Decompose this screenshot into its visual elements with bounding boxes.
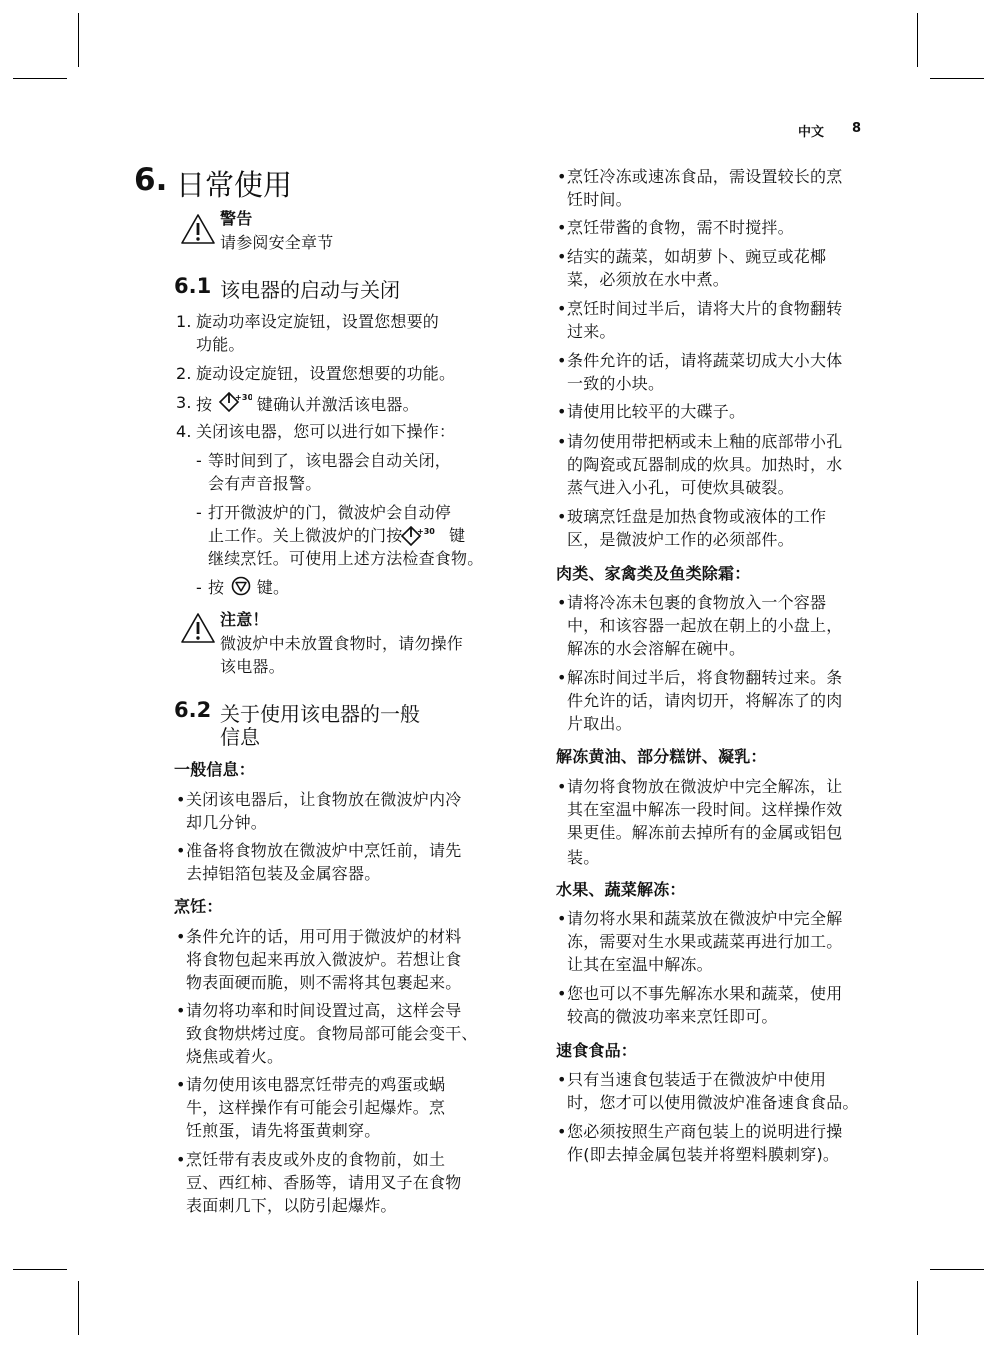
sub-step-text: 止工作。关上微波炉的门按 bbox=[208, 524, 402, 547]
list-item: 烧焦或着火。 bbox=[186, 1045, 283, 1068]
list-item: 时，您才可以使用微波炉准备速食食品。 bbox=[567, 1091, 859, 1114]
list-item: 菜，必须放在水中煮。 bbox=[567, 268, 729, 291]
start-plus30-icon: +30 bbox=[400, 525, 440, 547]
list-item: 请勿将水果和蔬菜放在微波炉中完全解 bbox=[567, 907, 842, 930]
bullet-marker: • bbox=[557, 245, 566, 268]
list-item: 您也可以不事先解冻水果和蔬菜，使用 bbox=[567, 982, 842, 1005]
bullet-marker: • bbox=[557, 907, 566, 930]
step-number: 4. bbox=[176, 420, 192, 443]
list-item: 让其在室温中解冻。 bbox=[567, 953, 713, 976]
list-item: 烹饪时间过半后，请将大片的食物翻转 bbox=[567, 297, 842, 320]
dash-marker: - bbox=[196, 449, 202, 472]
list-item: 准备将食物放在微波炉中烹饪前，请先 bbox=[186, 839, 461, 862]
list-item: 饪时间。 bbox=[567, 188, 632, 211]
list-item: 豆、西红柿、香肠等，请用叉子在食物 bbox=[186, 1171, 461, 1194]
step-text: 旋动功率设定旋钮，设置您想要的 bbox=[196, 310, 439, 333]
bullet-marker: • bbox=[557, 982, 566, 1005]
dash-marker: - bbox=[196, 501, 202, 524]
list-item: 玻璃烹饪盘是加热食物或液体的工作 bbox=[567, 505, 826, 528]
subheading-cooking: 烹饪： bbox=[174, 895, 223, 918]
list-item: 致食物烘烤过度。食物局部可能会变干、 bbox=[186, 1022, 478, 1045]
sub-step-text: 继续烹饪。可使用上述方法检查食物。 bbox=[208, 547, 483, 570]
warning-icon bbox=[180, 213, 216, 245]
list-item: 条件允许的话，用可用于微波炉的材料 bbox=[186, 925, 461, 948]
caution-icon bbox=[180, 612, 216, 644]
stop-icon bbox=[230, 576, 252, 596]
bullet-marker: • bbox=[557, 666, 566, 689]
list-item: 物表面硬而脆，则不需将其包裹起来。 bbox=[186, 971, 461, 994]
list-item: 只有当速食包装适于在微波炉中使用 bbox=[567, 1068, 826, 1091]
list-item: 您必须按照生产商包装上的说明进行操 bbox=[567, 1120, 842, 1143]
dash-marker: - bbox=[196, 576, 202, 599]
list-item: 烹饪带有表皮或外皮的食物前，如土 bbox=[186, 1148, 445, 1171]
bullet-marker: • bbox=[176, 1073, 185, 1096]
subheading-butter-defrost: 解冻黄油、部分糕饼、凝乳： bbox=[556, 745, 767, 768]
caution-text: 该电器。 bbox=[220, 655, 285, 678]
list-item: 件允许的话，请肉切开，将解冻了的肉 bbox=[567, 689, 842, 712]
sub-step-text: 等时间到了，该电器会自动关闭， bbox=[208, 449, 451, 472]
chapter-number: 6. bbox=[134, 162, 167, 198]
chapter-title: 日常使用 bbox=[176, 163, 292, 204]
sub-step-text: 打开微波炉的门，微波炉会自动停 bbox=[208, 501, 451, 524]
list-item: 作(即去掉金属包装并将塑料膜刺穿)。 bbox=[567, 1143, 839, 1166]
section-6-2-title: 信息 bbox=[220, 721, 260, 750]
list-item: 中，和该容器一起放在朝上的小盘上， bbox=[567, 614, 842, 637]
bullet-marker: • bbox=[557, 400, 566, 423]
crop-mark bbox=[930, 1269, 984, 1270]
list-item: 冻，需要对生水果或蔬菜再进行加工。 bbox=[567, 930, 842, 953]
list-item: 结实的蔬菜，如胡萝卜、豌豆或花椰 bbox=[567, 245, 826, 268]
list-item: 请勿将食物放在微波炉中完全解冻，让 bbox=[567, 775, 842, 798]
list-item: 解冻时间过半后，将食物翻转过来。条 bbox=[567, 666, 842, 689]
list-item: 表面刺几下，以防引起爆炸。 bbox=[186, 1194, 397, 1217]
list-item: 一致的小块。 bbox=[567, 372, 664, 395]
list-item: 解冻的水会溶解在碗中。 bbox=[567, 637, 745, 660]
warning-text: 请参阅安全章节 bbox=[220, 231, 333, 254]
crop-mark bbox=[917, 13, 918, 67]
list-item: 烹饪带酱的食物，需不时搅拌。 bbox=[567, 216, 794, 239]
list-item: 烹饪冷冻或速冻食品，需设置较长的烹 bbox=[567, 165, 842, 188]
bullet-marker: • bbox=[176, 925, 185, 948]
step-number: 2. bbox=[176, 362, 192, 385]
list-item: 关闭该电器后，让食物放在微波炉内冷 bbox=[186, 788, 461, 811]
step-text: 功能。 bbox=[196, 333, 245, 356]
list-item: 片取出。 bbox=[567, 712, 632, 735]
bullet-marker: • bbox=[557, 591, 566, 614]
section-6-1-title: 该电器的启动与关闭 bbox=[220, 274, 400, 303]
crop-mark bbox=[78, 13, 79, 67]
header-language: 中文 bbox=[798, 121, 824, 140]
subheading-general-info: 一般信息： bbox=[174, 758, 255, 781]
sub-step-text: 按 键。 bbox=[208, 576, 289, 599]
bullet-marker: • bbox=[557, 505, 566, 528]
page-number: 8 bbox=[852, 121, 861, 136]
list-item: 条件允许的话，请将蔬菜切成大小大体 bbox=[567, 349, 842, 372]
bullet-marker: • bbox=[176, 999, 185, 1022]
crop-mark bbox=[917, 1281, 918, 1335]
svg-text:+30: +30 bbox=[235, 393, 252, 402]
start-plus30-icon: +30 bbox=[218, 391, 252, 413]
list-item: 请使用比较平的大碟子。 bbox=[567, 400, 745, 423]
list-item: 果更佳。解冻前去掉所有的金属或铝包 bbox=[567, 821, 842, 844]
crop-mark bbox=[13, 78, 67, 79]
step-number: 3. bbox=[176, 391, 192, 414]
step-number: 1. bbox=[176, 310, 192, 333]
step-text: 按 +30 键确认并激活该电器。 bbox=[196, 391, 419, 416]
sub-step-text: 键 bbox=[449, 524, 465, 547]
list-item: 饪煎蛋，请先将蛋黄刺穿。 bbox=[186, 1119, 380, 1142]
list-item: 请勿使用带把柄或未上釉的底部带小孔 bbox=[567, 430, 842, 453]
svg-text:+30: +30 bbox=[417, 527, 435, 536]
step-text-pre: 按 bbox=[196, 395, 212, 414]
caution-title: 注意！ bbox=[220, 608, 269, 631]
bullet-marker: • bbox=[557, 297, 566, 320]
list-item: 请勿使用该电器烹饪带壳的鸡蛋或蜗 bbox=[186, 1073, 445, 1096]
step-text: 关闭该电器，您可以进行如下操作： bbox=[196, 420, 455, 443]
bullet-marker: • bbox=[557, 775, 566, 798]
subheading-meat-defrost: 肉类、家禽类及鱼类除霜： bbox=[556, 562, 750, 585]
crop-mark bbox=[78, 1281, 79, 1335]
list-item: 却几分钟。 bbox=[186, 811, 267, 834]
bullet-marker: • bbox=[557, 430, 566, 453]
crop-mark bbox=[13, 1269, 67, 1270]
list-item: 较高的微波功率来烹饪即可。 bbox=[567, 1005, 778, 1028]
bullet-marker: • bbox=[176, 788, 185, 811]
caution-text: 微波炉中未放置食物时，请勿操作 bbox=[220, 632, 463, 655]
bullet-marker: • bbox=[176, 839, 185, 862]
bullet-marker: • bbox=[557, 216, 566, 239]
section-6-1-number: 6.1 bbox=[174, 274, 211, 298]
list-item: 将食物包起来再放入微波炉。若想让食 bbox=[186, 948, 461, 971]
subheading-fruit-veg-defrost: 水果、蔬菜解冻： bbox=[556, 878, 686, 901]
list-item: 请勿将功率和时间设置过高，这样会导 bbox=[186, 999, 461, 1022]
list-item: 区，是微波炉工作的必须部件。 bbox=[567, 528, 794, 551]
list-item: 其在室温中解冻一段时间。这样操作效 bbox=[567, 798, 842, 821]
list-item: 的陶瓷或瓦器制成的炊具。加热时，水 bbox=[567, 453, 842, 476]
bullet-marker: • bbox=[557, 1068, 566, 1091]
bullet-marker: • bbox=[557, 349, 566, 372]
list-item: 去掉铝箔包装及金属容器。 bbox=[186, 862, 380, 885]
bullet-marker: • bbox=[176, 1148, 185, 1171]
warning-title: 警告 bbox=[220, 207, 252, 230]
bullet-marker: • bbox=[557, 165, 566, 188]
crop-mark bbox=[930, 78, 984, 79]
list-item: 请将冷冻未包裹的食物放入一个容器 bbox=[567, 591, 826, 614]
list-item: 装。 bbox=[567, 846, 599, 869]
bullet-marker: • bbox=[557, 1120, 566, 1143]
list-item: 过来。 bbox=[567, 320, 616, 343]
subheading-convenience-food: 速食食品： bbox=[556, 1039, 637, 1062]
section-6-2-number: 6.2 bbox=[174, 698, 211, 722]
sub-step-text: 会有声音报警。 bbox=[208, 472, 321, 495]
step-text: 旋动设定旋钮，设置您想要的功能。 bbox=[196, 362, 455, 385]
step-text-post: 键确认并激活该电器。 bbox=[257, 395, 419, 414]
list-item: 牛，这样操作有可能会引起爆炸。烹 bbox=[186, 1096, 445, 1119]
list-item: 蒸气进入小孔，可使炊具破裂。 bbox=[567, 476, 794, 499]
